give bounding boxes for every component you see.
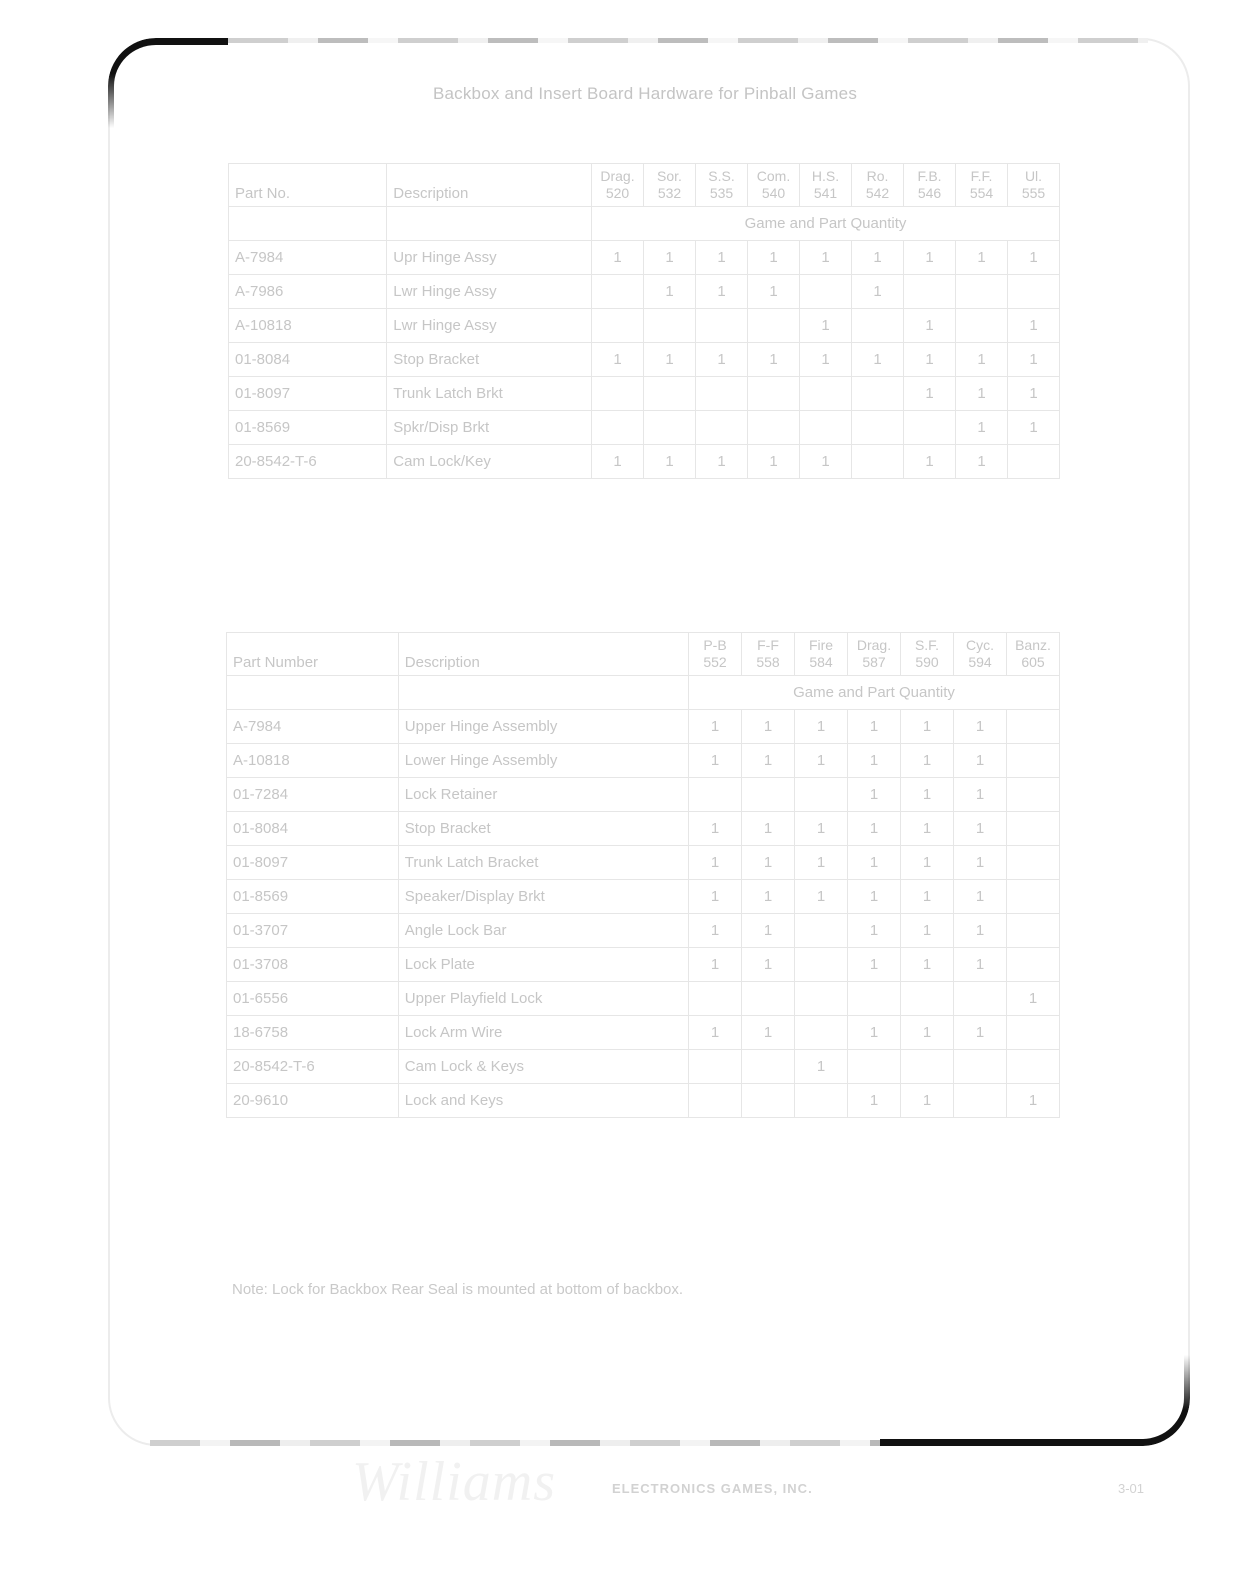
quantity-cell: 1: [901, 710, 954, 744]
quantity-cell: [1008, 275, 1060, 309]
quantity-cell: 1: [689, 948, 742, 982]
quantity-cell: 1: [696, 241, 748, 275]
quantity-cell: [644, 377, 696, 411]
quantity-cell: 1: [644, 343, 696, 377]
game-name: P-B: [691, 637, 739, 654]
game-name: Banz.: [1009, 637, 1057, 654]
game-number: 535: [698, 185, 745, 202]
quantity-cell: 1: [795, 846, 848, 880]
table-row: 01-6556Upper Playfield Lock1: [227, 982, 1060, 1016]
quantity-cell: 1: [956, 241, 1008, 275]
quantity-cell: 1: [904, 377, 956, 411]
part-number-cell: A-10818: [229, 309, 387, 343]
column-header-game: F.B.546: [904, 164, 956, 207]
quantity-cell: 1: [742, 948, 795, 982]
game-name: Drag.: [594, 168, 641, 185]
quantity-cell: [852, 445, 904, 479]
quantity-cell: 1: [848, 948, 901, 982]
quantity-cell: 1: [644, 241, 696, 275]
table-row: 20-8542-T-6Cam Lock/Key1111111: [229, 445, 1060, 479]
quantity-cell: 1: [852, 275, 904, 309]
quantity-cell: [1007, 914, 1060, 948]
quantity-cell: [696, 411, 748, 445]
quantity-cell: [795, 914, 848, 948]
quantity-cell: 1: [800, 241, 852, 275]
column-header-game: H.S.541: [800, 164, 852, 207]
game-name: S.F.: [903, 637, 951, 654]
part-number-cell: 20-8542-T-6: [227, 1050, 399, 1084]
game-number: 554: [958, 185, 1005, 202]
column-header-part-number: Part Number: [227, 633, 399, 676]
table-row: 01-8569Speaker/Display Brkt111111: [227, 880, 1060, 914]
quantity-cell: [696, 377, 748, 411]
quantity-cell: 1: [592, 343, 644, 377]
game-number: 532: [646, 185, 693, 202]
quantity-cell: [904, 411, 956, 445]
quantity-cell: 1: [689, 1016, 742, 1050]
span-spacer: [387, 207, 592, 241]
game-name: Fire: [797, 637, 845, 654]
table-row: 01-8097Trunk Latch Brkt111: [229, 377, 1060, 411]
description-cell: Lock Retainer: [398, 778, 688, 812]
quantity-cell: [1008, 445, 1060, 479]
game-number: 558: [744, 654, 792, 671]
quantity-cell: 1: [852, 241, 904, 275]
column-header-game: Drag.587: [848, 633, 901, 676]
table-row: A-10818Lower Hinge Assembly111111: [227, 744, 1060, 778]
quantity-cell: 1: [848, 778, 901, 812]
table-row: 01-8084Stop Bracket111111: [227, 812, 1060, 846]
quantity-cell: [956, 275, 1008, 309]
column-header-game: S.S.535: [696, 164, 748, 207]
table-row: 20-8542-T-6Cam Lock & Keys1: [227, 1050, 1060, 1084]
column-header-game: Drag.520: [592, 164, 644, 207]
quantity-cell: [1007, 1050, 1060, 1084]
quantity-cell: 1: [748, 241, 800, 275]
description-cell: Stop Bracket: [387, 343, 592, 377]
quantity-cell: 1: [901, 778, 954, 812]
description-cell: Cam Lock/Key: [387, 445, 592, 479]
quantity-cell: 1: [592, 241, 644, 275]
part-number-cell: 01-8097: [229, 377, 387, 411]
quantity-cell: 1: [689, 812, 742, 846]
quantity-cell: [954, 1050, 1007, 1084]
quantity-cell: 1: [696, 445, 748, 479]
quantity-cell: 1: [1007, 1084, 1060, 1118]
quantity-cell: [748, 309, 800, 343]
quantity-cell: 1: [748, 343, 800, 377]
quantity-cell: [592, 309, 644, 343]
quantity-cell: 1: [742, 846, 795, 880]
quantity-cell: [689, 982, 742, 1016]
quantity-cell: 1: [742, 812, 795, 846]
quantity-cell: 1: [901, 846, 954, 880]
quantity-cell: [1007, 710, 1060, 744]
quantity-cell: 1: [1008, 309, 1060, 343]
hardware-table-2: Part Number Description P-B552F-F558Fire…: [226, 632, 1060, 1118]
quantity-cell: 1: [904, 309, 956, 343]
game-number: 520: [594, 185, 641, 202]
game-name: H.S.: [802, 168, 849, 185]
quantity-cell: [800, 275, 852, 309]
quantity-cell: [592, 377, 644, 411]
part-number-cell: 01-8084: [229, 343, 387, 377]
page-title: Backbox and Insert Board Hardware for Pi…: [0, 84, 1234, 104]
quantity-cell: [1007, 812, 1060, 846]
game-name: Drag.: [850, 637, 898, 654]
game-quantity-label: Game and Part Quantity: [689, 676, 1060, 710]
quantity-cell: [1007, 1016, 1060, 1050]
part-number-cell: 01-3708: [227, 948, 399, 982]
quantity-cell: 1: [901, 948, 954, 982]
quantity-cell: 1: [696, 343, 748, 377]
quantity-cell: [689, 778, 742, 812]
quantity-cell: [742, 982, 795, 1016]
quantity-cell: [852, 377, 904, 411]
table-row: A-7986Lwr Hinge Assy1111: [229, 275, 1060, 309]
quantity-cell: [852, 309, 904, 343]
quantity-cell: [1007, 880, 1060, 914]
quantity-cell: 1: [1008, 377, 1060, 411]
description-cell: Upper Hinge Assembly: [398, 710, 688, 744]
game-number: 594: [956, 654, 1004, 671]
table-body: A-7984Upr Hinge Assy111111111A-7986Lwr H…: [229, 241, 1060, 479]
game-number: 552: [691, 654, 739, 671]
quantity-cell: 1: [848, 812, 901, 846]
quantity-cell: [901, 1050, 954, 1084]
description-cell: Upr Hinge Assy: [387, 241, 592, 275]
table-row: 01-8569Spkr/Disp Brkt11: [229, 411, 1060, 445]
quantity-cell: 1: [748, 445, 800, 479]
table-body: A-7984Upper Hinge Assembly111111A-10818L…: [227, 710, 1060, 1118]
description-cell: Lock Arm Wire: [398, 1016, 688, 1050]
frame-bottom-edge: [150, 1440, 880, 1446]
game-name: F-F: [744, 637, 792, 654]
part-number-cell: 01-8569: [227, 880, 399, 914]
quantity-cell: [689, 1084, 742, 1118]
quantity-cell: 1: [742, 880, 795, 914]
footnote: Note: Lock for Backbox Rear Seal is moun…: [232, 1281, 683, 1298]
quantity-cell: 1: [954, 948, 1007, 982]
description-cell: Spkr/Disp Brkt: [387, 411, 592, 445]
quantity-cell: 1: [742, 744, 795, 778]
part-number-cell: A-7984: [227, 710, 399, 744]
game-name: Sor.: [646, 168, 693, 185]
quantity-cell: [795, 1016, 848, 1050]
quantity-cell: 1: [742, 914, 795, 948]
page-number: 3-01: [1118, 1481, 1144, 1496]
game-number: 540: [750, 185, 797, 202]
table-row: A-7984Upr Hinge Assy111111111: [229, 241, 1060, 275]
quantity-cell: [800, 377, 852, 411]
quantity-cell: [1007, 744, 1060, 778]
quantity-cell: [689, 1050, 742, 1084]
column-header-game: Fire584: [795, 633, 848, 676]
quantity-cell: 1: [644, 445, 696, 479]
quantity-cell: [848, 1050, 901, 1084]
game-name: Ul.: [1010, 168, 1057, 185]
quantity-cell: 1: [689, 846, 742, 880]
part-number-cell: 01-3707: [227, 914, 399, 948]
quantity-cell: 1: [592, 445, 644, 479]
description-cell: Speaker/Display Brkt: [398, 880, 688, 914]
quantity-cell: 1: [956, 411, 1008, 445]
quantity-cell: [956, 309, 1008, 343]
quantity-cell: 1: [901, 1084, 954, 1118]
part-number-cell: 01-7284: [227, 778, 399, 812]
quantity-cell: [954, 982, 1007, 1016]
quantity-cell: 1: [904, 241, 956, 275]
quantity-cell: 1: [748, 275, 800, 309]
table-row: 01-3707Angle Lock Bar11111: [227, 914, 1060, 948]
part-number-cell: 20-8542-T-6: [229, 445, 387, 479]
table-row: 18-6758Lock Arm Wire11111: [227, 1016, 1060, 1050]
span-spacer: [227, 676, 399, 710]
quantity-cell: [904, 275, 956, 309]
quantity-cell: 1: [901, 812, 954, 846]
quantity-cell: 1: [848, 846, 901, 880]
column-header-description: Description: [398, 633, 688, 676]
span-label-row: Game and Part Quantity: [227, 676, 1060, 710]
quantity-cell: [1007, 846, 1060, 880]
span-spacer: [398, 676, 688, 710]
quantity-cell: [1007, 778, 1060, 812]
quantity-cell: [644, 309, 696, 343]
description-cell: Angle Lock Bar: [398, 914, 688, 948]
quantity-cell: 1: [956, 377, 1008, 411]
game-name: Cyc.: [956, 637, 1004, 654]
quantity-cell: 1: [901, 914, 954, 948]
description-cell: Lower Hinge Assembly: [398, 744, 688, 778]
table-row: 20-9610Lock and Keys111: [227, 1084, 1060, 1118]
game-number: 605: [1009, 654, 1057, 671]
company-name: ELECTRONICS GAMES, INC.: [612, 1481, 813, 1496]
quantity-cell: 1: [742, 1016, 795, 1050]
quantity-cell: [800, 411, 852, 445]
quantity-cell: 1: [742, 710, 795, 744]
table-row: A-10818Lwr Hinge Assy111: [229, 309, 1060, 343]
part-number-cell: 01-8569: [229, 411, 387, 445]
description-cell: Lock Plate: [398, 948, 688, 982]
table-row: 01-3708Lock Plate11111: [227, 948, 1060, 982]
description-cell: Upper Playfield Lock: [398, 982, 688, 1016]
quantity-cell: 1: [954, 812, 1007, 846]
quantity-cell: 1: [904, 445, 956, 479]
quantity-cell: 1: [795, 1050, 848, 1084]
quantity-cell: 1: [901, 744, 954, 778]
quantity-cell: 1: [689, 710, 742, 744]
quantity-cell: 1: [696, 275, 748, 309]
quantity-cell: [748, 411, 800, 445]
quantity-cell: [742, 1050, 795, 1084]
quantity-cell: 1: [956, 445, 1008, 479]
table-row: 01-8097Trunk Latch Bracket111111: [227, 846, 1060, 880]
part-number-cell: A-10818: [227, 744, 399, 778]
table-row: 01-7284Lock Retainer111: [227, 778, 1060, 812]
quantity-cell: 1: [800, 343, 852, 377]
quantity-cell: [742, 778, 795, 812]
quantity-cell: [696, 309, 748, 343]
quantity-cell: 1: [1007, 982, 1060, 1016]
table-header-row: Part No. Description Drag.520Sor.532S.S.…: [229, 164, 1060, 207]
quantity-cell: 1: [848, 1016, 901, 1050]
quantity-cell: 1: [954, 710, 1007, 744]
quantity-cell: 1: [689, 914, 742, 948]
quantity-cell: [954, 1084, 1007, 1118]
description-cell: Lock and Keys: [398, 1084, 688, 1118]
column-header-game: Cyc.594: [954, 633, 1007, 676]
quantity-cell: 1: [689, 744, 742, 778]
span-spacer: [229, 207, 387, 241]
column-header-game: Com.540: [748, 164, 800, 207]
game-name: F.F.: [958, 168, 1005, 185]
description-cell: Lwr Hinge Assy: [387, 309, 592, 343]
description-cell: Lwr Hinge Assy: [387, 275, 592, 309]
quantity-cell: 1: [800, 445, 852, 479]
quantity-cell: [742, 1084, 795, 1118]
quantity-cell: 1: [644, 275, 696, 309]
game-name: F.B.: [906, 168, 953, 185]
quantity-cell: 1: [848, 710, 901, 744]
part-number-cell: 18-6758: [227, 1016, 399, 1050]
frame-corner-bottom-right: [880, 1355, 1190, 1446]
game-number: 541: [802, 185, 849, 202]
hardware-table-1: Part No. Description Drag.520Sor.532S.S.…: [228, 163, 1060, 479]
column-header-game: Ul.555: [1008, 164, 1060, 207]
part-number-cell: 01-8084: [227, 812, 399, 846]
table-row: 01-8084Stop Bracket111111111: [229, 343, 1060, 377]
column-header-game: Banz.605: [1007, 633, 1060, 676]
game-number: 587: [850, 654, 898, 671]
quantity-cell: 1: [800, 309, 852, 343]
quantity-cell: [1007, 948, 1060, 982]
game-number: 590: [903, 654, 951, 671]
quantity-cell: [852, 411, 904, 445]
quantity-cell: 1: [954, 914, 1007, 948]
quantity-cell: 1: [904, 343, 956, 377]
quantity-cell: [592, 275, 644, 309]
quantity-cell: 1: [795, 710, 848, 744]
quantity-cell: 1: [901, 880, 954, 914]
quantity-cell: 1: [689, 880, 742, 914]
quantity-cell: [848, 982, 901, 1016]
column-header-part-no: Part No.: [229, 164, 387, 207]
quantity-cell: 1: [1008, 241, 1060, 275]
quantity-cell: 1: [795, 812, 848, 846]
quantity-cell: [748, 377, 800, 411]
quantity-cell: 1: [954, 846, 1007, 880]
part-number-cell: 01-8097: [227, 846, 399, 880]
quantity-cell: 1: [954, 778, 1007, 812]
quantity-cell: 1: [901, 1016, 954, 1050]
quantity-cell: [644, 411, 696, 445]
quantity-cell: 1: [848, 914, 901, 948]
part-number-cell: A-7984: [229, 241, 387, 275]
part-number-cell: 01-6556: [227, 982, 399, 1016]
quantity-cell: 1: [1008, 411, 1060, 445]
quantity-cell: 1: [1008, 343, 1060, 377]
quantity-cell: [901, 982, 954, 1016]
quantity-cell: 1: [848, 880, 901, 914]
quantity-cell: [795, 948, 848, 982]
frame-top-edge: [228, 38, 1148, 43]
game-number: 584: [797, 654, 845, 671]
quantity-cell: [795, 982, 848, 1016]
game-name: Ro.: [854, 168, 901, 185]
quantity-cell: 1: [848, 744, 901, 778]
part-number-cell: A-7986: [229, 275, 387, 309]
column-header-game: S.F.590: [901, 633, 954, 676]
quantity-cell: 1: [848, 1084, 901, 1118]
game-number: 546: [906, 185, 953, 202]
span-label-row: Game and Part Quantity: [229, 207, 1060, 241]
description-cell: Trunk Latch Brkt: [387, 377, 592, 411]
column-header-game: F.F.554: [956, 164, 1008, 207]
column-header-game: Ro.542: [852, 164, 904, 207]
quantity-cell: 1: [795, 744, 848, 778]
description-cell: Trunk Latch Bracket: [398, 846, 688, 880]
table-header-row: Part Number Description P-B552F-F558Fire…: [227, 633, 1060, 676]
quantity-cell: 1: [795, 880, 848, 914]
game-name: S.S.: [698, 168, 745, 185]
game-number: 542: [854, 185, 901, 202]
frame-corner-top-left: [108, 38, 228, 128]
game-quantity-label: Game and Part Quantity: [592, 207, 1060, 241]
williams-logo: Williams: [352, 1450, 556, 1514]
quantity-cell: 1: [954, 1016, 1007, 1050]
description-cell: Stop Bracket: [398, 812, 688, 846]
quantity-cell: 1: [954, 880, 1007, 914]
quantity-cell: [795, 778, 848, 812]
table-row: A-7984Upper Hinge Assembly111111: [227, 710, 1060, 744]
part-number-cell: 20-9610: [227, 1084, 399, 1118]
quantity-cell: 1: [956, 343, 1008, 377]
description-cell: Cam Lock & Keys: [398, 1050, 688, 1084]
quantity-cell: 1: [954, 744, 1007, 778]
quantity-cell: 1: [852, 343, 904, 377]
game-number: 555: [1010, 185, 1057, 202]
column-header-game: F-F558: [742, 633, 795, 676]
quantity-cell: [795, 1084, 848, 1118]
column-header-game: Sor.532: [644, 164, 696, 207]
quantity-cell: [592, 411, 644, 445]
game-name: Com.: [750, 168, 797, 185]
column-header-game: P-B552: [689, 633, 742, 676]
column-header-description: Description: [387, 164, 592, 207]
